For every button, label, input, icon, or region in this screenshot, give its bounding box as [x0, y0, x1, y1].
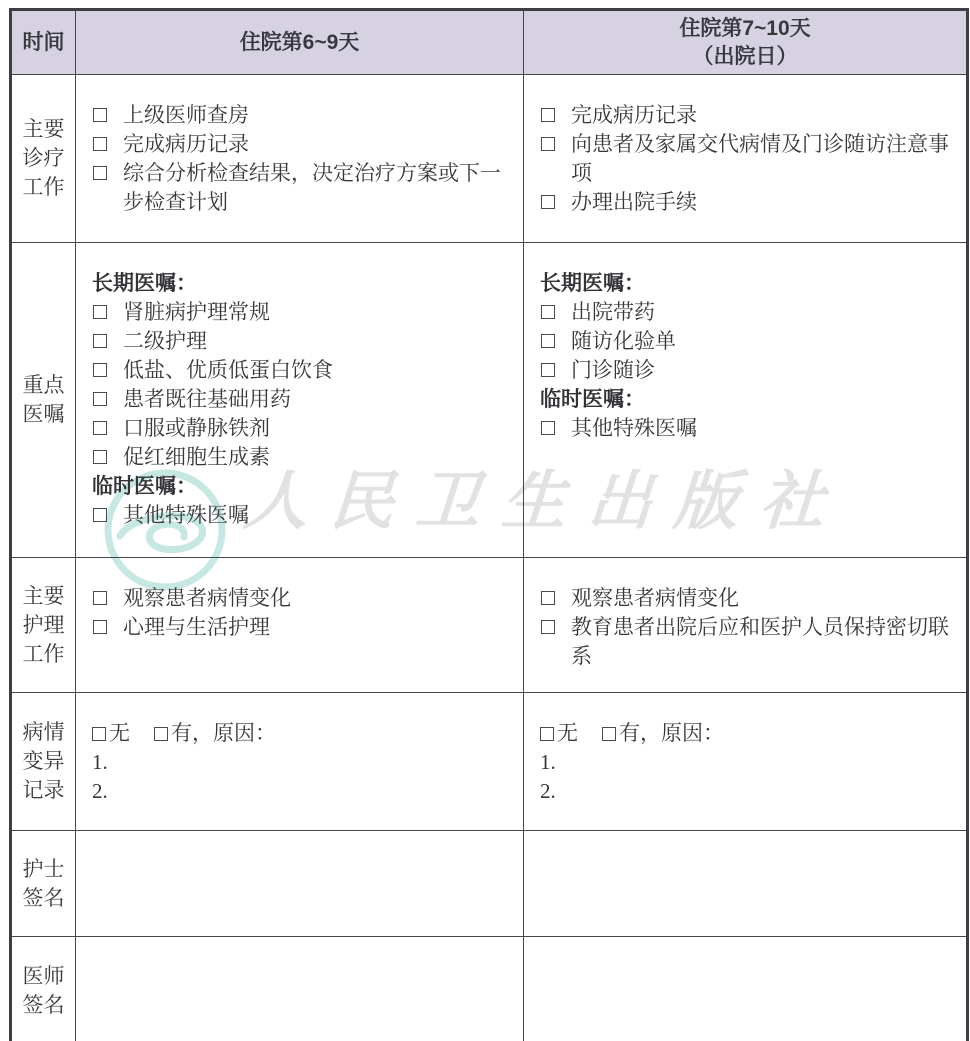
row-nurse-signature: 护士签名 [12, 830, 966, 936]
check-item-label: 完成病历记录 [571, 103, 697, 127]
row-label-line: 医嘱 [23, 400, 65, 429]
cell-doctor-signature-day6-9 [75, 937, 523, 1041]
variation-no-label: 无 [557, 721, 578, 745]
cell-nurse-signature-day6-9 [75, 831, 523, 936]
checkbox-icon [541, 305, 555, 319]
check-item: 口服或静脉铁剂 [92, 414, 511, 443]
cell-main-nursing-day6-9: 观察患者病情变化心理与生活护理 [75, 558, 523, 692]
cell-key-orders-day6-9: 长期医嘱：肾脏病护理常规二级护理低盐、优质低蛋白饮食患者既往基础用药口服或静脉铁… [75, 243, 523, 557]
check-item-label: 促红细胞生成素 [123, 445, 270, 469]
cell-variation-day6-9: 无有，原因：1.2. [75, 693, 523, 830]
row-label-main-nursing-work: 主要护理工作 [12, 558, 75, 692]
cell-main-diagnosis-day7-10: 完成病历记录向患者及家属交代病情及门诊随访注意事项办理出院手续 [523, 75, 966, 242]
order-heading: 长期医嘱： [92, 269, 511, 298]
row-label-main-diagnosis-work: 主要诊疗工作 [12, 75, 75, 242]
checkbox-icon [93, 305, 107, 319]
check-item-label: 向患者及家属交代病情及门诊随访注意事项 [571, 132, 949, 185]
checkbox-icon [541, 195, 555, 209]
row-main-diagnosis-work: 主要诊疗工作 上级医师查房完成病历记录综合分析检查结果，决定治疗方案或下一步检查… [12, 74, 966, 242]
row-label-line: 工作 [23, 640, 65, 669]
header-day-6-9: 住院第6~9天 [75, 11, 523, 74]
check-item-label: 心理与生活护理 [123, 615, 270, 639]
checkbox-icon [541, 334, 555, 348]
check-item: 综合分析检查结果，决定治疗方案或下一步检查计划 [92, 159, 511, 217]
cell-nurse-signature-day7-10 [523, 831, 966, 936]
check-item-label: 完成病历记录 [123, 132, 249, 156]
variation-yes-label: 有，原因： [171, 721, 276, 745]
order-heading: 临时医嘱： [92, 472, 511, 501]
check-item: 门诊随诊 [540, 356, 954, 385]
checkbox-icon [93, 450, 107, 464]
check-item-label: 低盐、优质低蛋白饮食 [123, 358, 333, 382]
row-label-line: 主要 [23, 582, 65, 611]
row-doctor-signature: 医师签名 [12, 936, 966, 1041]
checkbox-icon [541, 363, 555, 377]
checkbox-icon [602, 727, 616, 741]
checkbox-icon [93, 334, 107, 348]
cell-main-nursing-day7-10: 观察患者病情变化教育患者出院后应和医护人员保持密切联系 [523, 558, 966, 692]
header-day-7-10: 住院第7~10天 （出院日） [523, 11, 966, 74]
cell-main-diagnosis-day6-9: 上级医师查房完成病历记录综合分析检查结果，决定治疗方案或下一步检查计划 [75, 75, 523, 242]
row-key-orders: 重点医嘱 长期医嘱：肾脏病护理常规二级护理低盐、优质低蛋白饮食患者既往基础用药口… [12, 242, 966, 557]
check-item-label: 口服或静脉铁剂 [123, 416, 270, 440]
row-main-nursing-work: 主要护理工作 观察患者病情变化心理与生活护理 观察患者病情变化教育患者出院后应和… [12, 557, 966, 692]
cell-variation-day7-10: 无有，原因：1.2. [523, 693, 966, 830]
check-item-label: 出院带药 [571, 300, 655, 324]
check-item-label: 上级医师查房 [123, 103, 249, 127]
checkbox-icon [93, 508, 107, 522]
checkbox-icon [93, 620, 107, 634]
checkbox-icon [93, 392, 107, 406]
text-line: 1. [92, 748, 511, 777]
row-label-variation-record: 病情变异记录 [12, 693, 75, 830]
checkbox-icon [541, 620, 555, 634]
cell-key-orders-day7-10: 长期医嘱：出院带药随访化验单门诊随诊临时医嘱：其他特殊医嘱 [523, 243, 966, 557]
check-item: 完成病历记录 [540, 101, 954, 130]
checkbox-icon [541, 421, 555, 435]
row-label-line: 护士 [23, 855, 65, 884]
checkbox-icon [154, 727, 168, 741]
checkbox-icon [541, 108, 555, 122]
header-day-7-10-line2: （出院日） [693, 43, 798, 71]
checkbox-icon [93, 108, 107, 122]
check-item: 其他特殊医嘱 [540, 414, 954, 443]
check-item: 观察患者病情变化 [92, 584, 511, 613]
header-row: 时间 住院第6~9天 住院第7~10天 （出院日） [12, 11, 966, 74]
check-item: 二级护理 [92, 327, 511, 356]
row-label-line: 记录 [23, 776, 65, 805]
check-item-label: 随访化验单 [571, 329, 676, 353]
check-item-label: 综合分析检查结果，决定治疗方案或下一步检查计划 [123, 161, 501, 214]
variation-choice-line: 无有，原因： [540, 719, 954, 748]
header-day-7-10-line1: 住院第7~10天 [679, 15, 810, 43]
checkbox-icon [93, 166, 107, 180]
row-label-line: 签名 [23, 991, 65, 1020]
check-item-label: 办理出院手续 [571, 190, 697, 214]
check-item: 低盐、优质低蛋白饮食 [92, 356, 511, 385]
checkbox-icon [92, 727, 106, 741]
check-item: 上级医师查房 [92, 101, 511, 130]
variation-yes-label: 有，原因： [619, 721, 724, 745]
check-item: 促红细胞生成素 [92, 443, 511, 472]
row-label-line: 病情 [23, 718, 65, 747]
text-line: 2. [92, 777, 511, 806]
checkbox-icon [541, 591, 555, 605]
row-label-line: 重点 [23, 371, 65, 400]
check-item: 向患者及家属交代病情及门诊随访注意事项 [540, 130, 954, 188]
check-item-label: 观察患者病情变化 [123, 586, 291, 610]
check-item: 观察患者病情变化 [540, 584, 954, 613]
variation-no-label: 无 [109, 721, 130, 745]
row-label-line: 变异 [23, 747, 65, 776]
check-item: 肾脏病护理常规 [92, 298, 511, 327]
row-label-doctor-signature: 医师签名 [12, 937, 75, 1041]
checkbox-icon [93, 363, 107, 377]
order-heading: 长期医嘱： [540, 269, 954, 298]
row-label-line: 主要 [23, 115, 65, 144]
check-item-label: 门诊随诊 [571, 358, 655, 382]
check-item-label: 二级护理 [123, 329, 207, 353]
clinical-pathway-table: 时间 住院第6~9天 住院第7~10天 （出院日） 主要诊疗工作 上级医师查房完… [9, 8, 969, 1041]
row-label-line: 护理 [23, 611, 65, 640]
checkbox-icon [93, 591, 107, 605]
check-item-label: 其他特殊医嘱 [123, 503, 249, 527]
check-item-label: 肾脏病护理常规 [123, 300, 270, 324]
cell-doctor-signature-day7-10 [523, 937, 966, 1041]
checkbox-icon [540, 727, 554, 741]
text-line: 2. [540, 777, 954, 806]
row-label-line: 工作 [23, 173, 65, 202]
check-item-label: 其他特殊医嘱 [571, 416, 697, 440]
check-item-label: 观察患者病情变化 [571, 586, 739, 610]
checkbox-icon [93, 137, 107, 151]
text-line: 1. [540, 748, 954, 777]
row-label-key-orders: 重点医嘱 [12, 243, 75, 557]
check-item: 教育患者出院后应和医护人员保持密切联系 [540, 613, 954, 671]
check-item: 办理出院手续 [540, 188, 954, 217]
check-item: 其他特殊医嘱 [92, 501, 511, 530]
row-label-line: 签名 [23, 884, 65, 913]
row-label-line: 诊疗 [23, 144, 65, 173]
check-item: 心理与生活护理 [92, 613, 511, 642]
row-variation-record: 病情变异记录 无有，原因：1.2. 无有，原因：1.2. [12, 692, 966, 830]
check-item-label: 患者既往基础用药 [123, 387, 291, 411]
check-item: 完成病历记录 [92, 130, 511, 159]
variation-choice-line: 无有，原因： [92, 719, 511, 748]
check-item: 患者既往基础用药 [92, 385, 511, 414]
row-label-line: 医师 [23, 962, 65, 991]
check-item: 出院带药 [540, 298, 954, 327]
check-item: 随访化验单 [540, 327, 954, 356]
checkbox-icon [93, 421, 107, 435]
check-item-label: 教育患者出院后应和医护人员保持密切联系 [571, 615, 949, 668]
header-time: 时间 [12, 11, 75, 74]
checkbox-icon [541, 137, 555, 151]
row-label-nurse-signature: 护士签名 [12, 831, 75, 936]
order-heading: 临时医嘱： [540, 385, 954, 414]
